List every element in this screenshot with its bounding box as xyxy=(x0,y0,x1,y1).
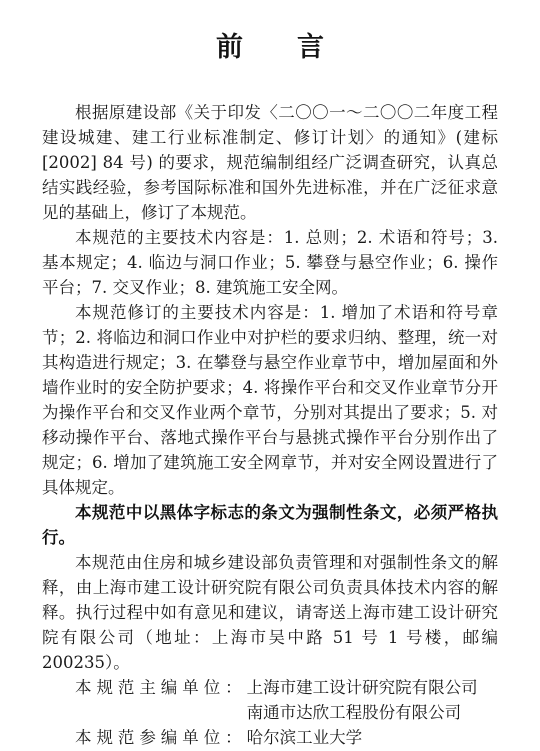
paragraph-basis: 根据原建设部《关于印发〈二〇〇一～二〇〇二年度工程建设城建、建工行业标准制定、修… xyxy=(42,100,498,225)
page-title: 前 言 xyxy=(42,33,498,63)
document-page: 前 言 根据原建设部《关于印发〈二〇〇一～二〇〇二年度工程建设城建、建工行业标准… xyxy=(0,0,540,751)
paragraph-revision-contents: 本规范修订的主要技术内容是：1. 增加了术语和符号章节；2. 将临边和洞口作业中… xyxy=(42,300,498,500)
chief-editor-unit-1: 上海市建工设计研究院有限公司 xyxy=(247,675,478,700)
participating-editor-units: 哈尔滨工业大学 xyxy=(247,725,363,750)
participating-editor-row: 本规范参编单位： 哈尔滨工业大学 xyxy=(42,725,498,750)
participating-editor-label: 本规范参编单位： xyxy=(75,725,247,750)
chief-editor-unit-2: 南通市达欣工程股份有限公司 xyxy=(247,700,478,725)
paragraph-main-contents: 本规范的主要技术内容是：1. 总则；2. 术语和符号；3. 基本规定；4. 临边… xyxy=(42,225,498,300)
paragraph-mandatory-provisions: 本规范中以黑体字标志的条文为强制性条文，必须严格执行。 xyxy=(42,500,498,550)
paragraph-administration: 本规范由住房和城乡建设部负责管理和对强制性条文的解释，由上海市建工设计研究院有限… xyxy=(42,550,498,675)
chief-editor-units: 上海市建工设计研究院有限公司 南通市达欣工程股份有限公司 xyxy=(247,675,478,725)
chief-editor-row: 本规范主编单位： 上海市建工设计研究院有限公司 南通市达欣工程股份有限公司 xyxy=(42,675,498,725)
document-body: 根据原建设部《关于印发〈二〇〇一～二〇〇二年度工程建设城建、建工行业标准制定、修… xyxy=(42,100,498,750)
participating-editor-unit-1: 哈尔滨工业大学 xyxy=(247,725,363,750)
chief-editor-label: 本规范主编单位： xyxy=(75,675,247,700)
